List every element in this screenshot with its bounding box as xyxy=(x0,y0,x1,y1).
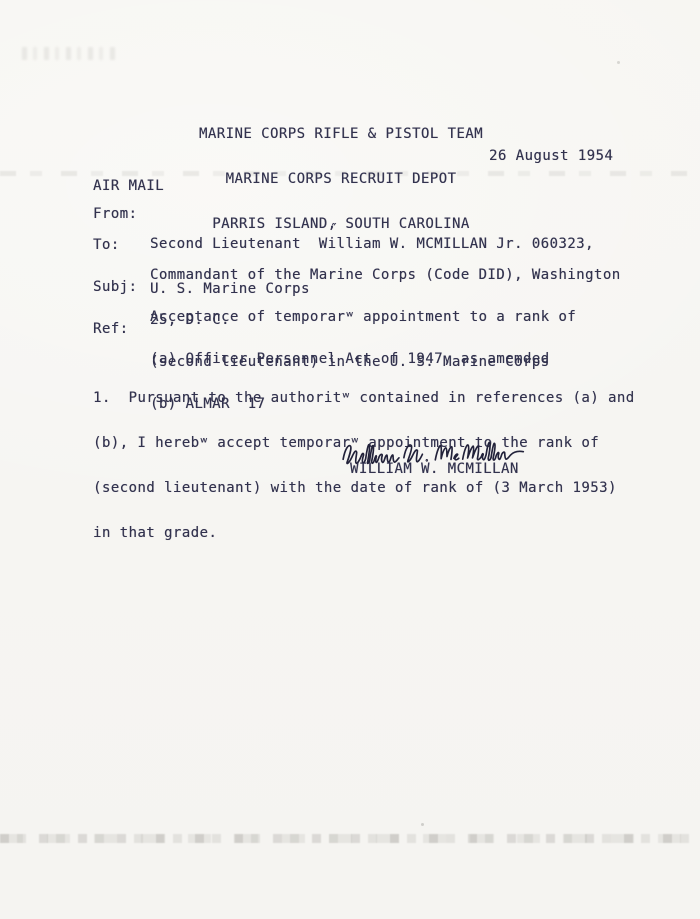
stray-ditto-mark: ″ xyxy=(330,222,338,237)
scan-speck xyxy=(421,823,424,826)
scan-streak-bottom xyxy=(0,834,700,843)
scan-speck xyxy=(617,61,620,64)
field-from-label: From: xyxy=(93,207,137,222)
scan-smudge-top-left xyxy=(22,47,118,60)
body-line-4: in that grade. xyxy=(93,526,635,541)
typed-signature-name: WILLIAM W. MCMILLAN xyxy=(350,462,519,477)
mail-mode-label: AIR MAIL xyxy=(93,179,164,194)
field-to-label: To: xyxy=(93,238,120,253)
letterhead-line-1: MARINE CORPS RIFLE & PISTOL TEAM xyxy=(0,127,682,142)
body-line-1: 1. Pursuant to the authoritʷ contained i… xyxy=(93,391,635,406)
field-subj-label: Subj: xyxy=(93,280,137,295)
date-line: 26 August 1954 xyxy=(489,149,613,164)
letter-page: MARINE CORPS RIFLE & PISTOL TEAM MARINE … xyxy=(0,0,700,919)
body-line-3: (second lieutenant) with the date of ran… xyxy=(93,481,635,496)
field-ref-label: Ref: xyxy=(93,322,129,337)
